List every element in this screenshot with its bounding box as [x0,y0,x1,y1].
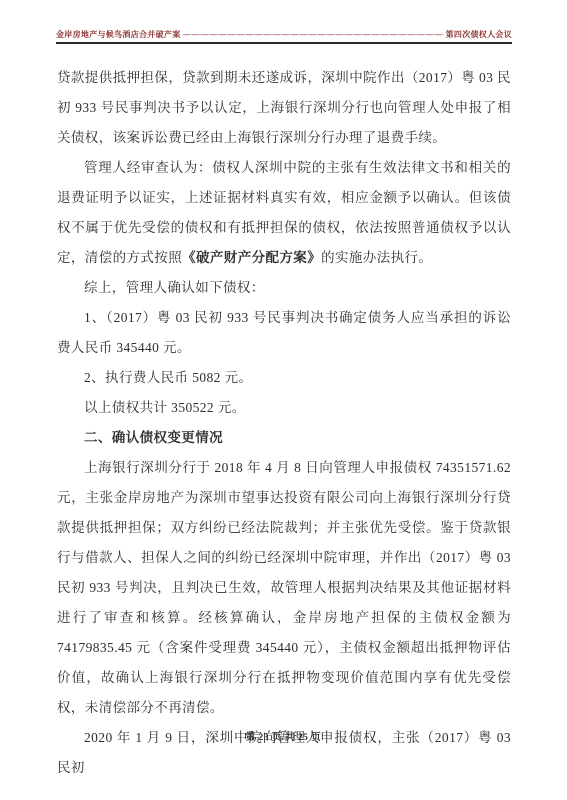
paragraph-shanghai-bank-claim: 上海银行深圳分行于 2018 年 4 月 8 日向管理人申报债权 7435157… [57,453,511,723]
list-item-claim-1: 1、（2017）粤 03 民初 933 号民事判决书确定债务人应当承担的诉讼费人… [57,303,511,363]
header-case-title: 金岸房地产与候鸟酒店合并破产案 [56,29,181,40]
page-footer: 第 23 页/共 25 页 [0,729,567,743]
page-number: 第 23 页/共 25 页 [246,733,322,743]
paragraph-confirmed-claims-intro: 综上，管理人确认如下债权： [57,273,511,303]
paragraph-administrator-review-tail: 的实施办法执行。 [321,250,432,265]
document-body: 贷款提供抵押担保，贷款到期未还遂成诉，深圳中院作出（2017）粤 03 民初 9… [57,63,511,783]
book-title-distribution-plan: 《破产财产分配方案》 [182,250,321,265]
paragraph-loan-judgment: 贷款提供抵押担保，贷款到期未还遂成诉，深圳中院作出（2017）粤 03 民初 9… [57,63,511,153]
running-header: 金岸房地产与候鸟酒店合并破产案 ————————————————————————… [56,29,512,44]
paragraph-administrator-review: 管理人经审查认为：债权人深圳中院的主张有生效法律文书和相关的退费证明予以证实，上… [57,153,511,273]
paragraph-claims-total: 以上债权共计 350522 元。 [57,393,511,423]
header-dash-rule: ————————————————————————————————————————… [183,30,444,39]
section-heading-claim-changes: 二、确认债权变更情况 [57,423,511,453]
header-meeting-title: 第四次债权人会议 [446,29,512,40]
list-item-claim-2: 2、执行费人民币 5082 元。 [57,363,511,393]
document-page: 金岸房地产与候鸟酒店合并破产案 ————————————————————————… [0,0,567,800]
